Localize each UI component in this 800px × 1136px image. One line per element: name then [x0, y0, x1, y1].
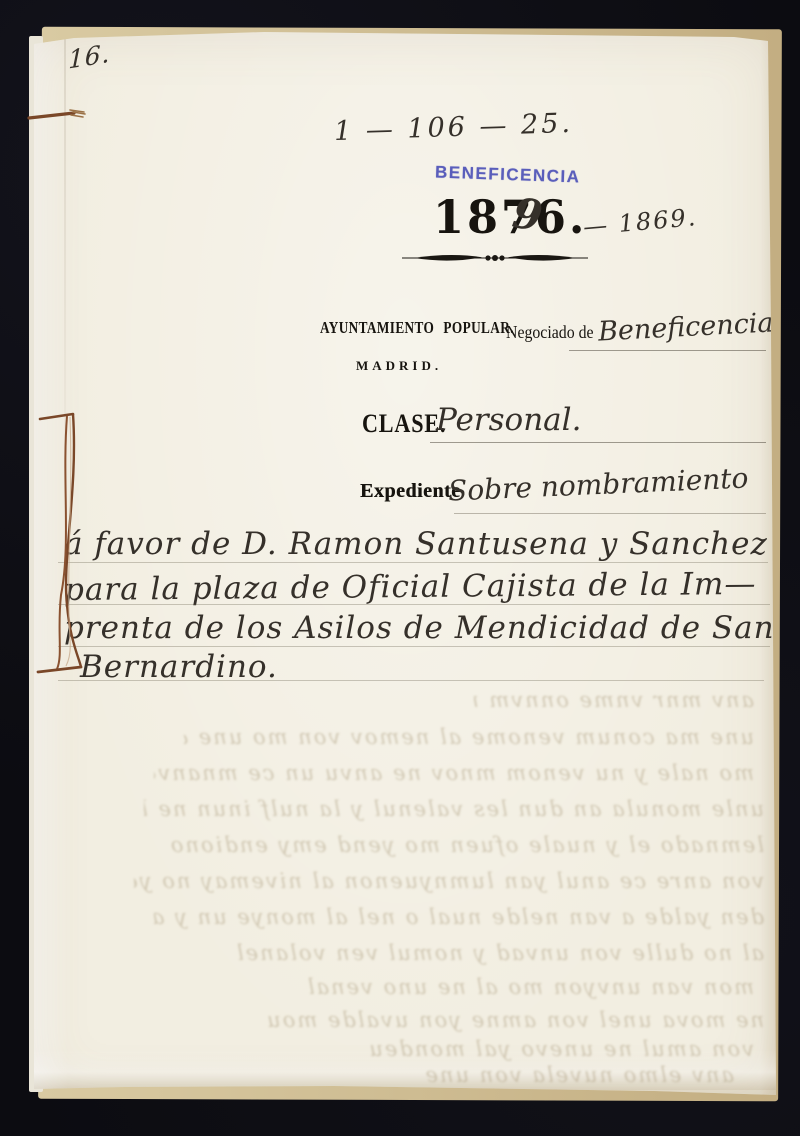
ink-bleedthrough-line: unle monula an dun les valenul y la nulf…: [144, 797, 764, 821]
ruled-line: [58, 680, 764, 681]
ink-bleedthrough-line: mo nale y nu venom mnov ne anvu un ce mn…: [154, 761, 754, 785]
clase-label: CLASE.: [362, 409, 446, 439]
archival-document-photo: 16. 1 — 106 — 25. BENEFICENCIA 1876. 9 —…: [0, 0, 800, 1136]
ink-bleedthrough-line: une ma conum venome al nemov von mo une …: [184, 725, 754, 749]
expediente-subject-line: para la plaza de Oficial Cajista de la I…: [64, 566, 757, 608]
ink-bleedthrough-line: anv elmo nuvela von une: [194, 1063, 734, 1087]
ruled-line: [58, 604, 770, 605]
ruled-line: [430, 442, 766, 443]
paper-crease: [64, 38, 66, 468]
negociado-label: Negociado de: [506, 322, 594, 343]
archive-ref-number: 16.: [68, 38, 111, 74]
divider-ornament: [402, 251, 588, 265]
ink-bleedthrough-line: den yalde a van nelde nual o nel al mony…: [154, 905, 764, 929]
negociado-value-handwritten: Beneficencia: [597, 307, 774, 347]
letterhead-organization: AYUNTAMIENTO POPULAR.: [320, 318, 514, 338]
beneficencia-ink-stamp: BENEFICENCIA: [435, 162, 581, 187]
ink-bleedthrough-line: ne mova unel von amne yon uvalde mou: [154, 1008, 764, 1032]
ruled-line: [58, 646, 770, 647]
letterhead-city: MADRID.: [356, 358, 442, 374]
ink-bleedthrough-line: mon van unvyon mo al ne uno venal: [164, 975, 754, 999]
expediente-subject-line: á favor de D. Ramon Santusena y Sanchez: [64, 526, 768, 562]
ink-bleedthrough-line: anv mnr vnme onnvm ncor: [474, 688, 754, 712]
ruled-line: [454, 513, 766, 514]
handwritten-year-correction: — 1869.: [582, 203, 698, 241]
ink-bleedthrough-line: von amul ne unevo yal mondeu: [174, 1037, 754, 1061]
ink-bleedthrough-line: al no dulle von unvad y nomul ven volane…: [144, 941, 764, 965]
document-page: 16. 1 — 106 — 25. BENEFICENCIA 1876. 9 —…: [34, 32, 776, 1098]
expediente-subject-line: Sobre nombramiento: [447, 461, 749, 507]
ink-bleedthrough-line: von anre ce anul yan lumnyuenon al nivem…: [134, 869, 764, 893]
clase-value-handwritten: Personal.: [436, 402, 581, 438]
ink-bleedthrough-line: lemnado el y nuale ofuen mo yend emy end…: [164, 833, 764, 857]
file-number: 1 — 106 — 25.: [334, 108, 574, 147]
ruled-line: [58, 562, 768, 563]
expediente-subject-line: prenta de los Asilos de Mendicidad de Sa…: [64, 610, 775, 646]
ruled-line: [569, 350, 766, 351]
expediente-label: Expediente: [360, 480, 461, 503]
